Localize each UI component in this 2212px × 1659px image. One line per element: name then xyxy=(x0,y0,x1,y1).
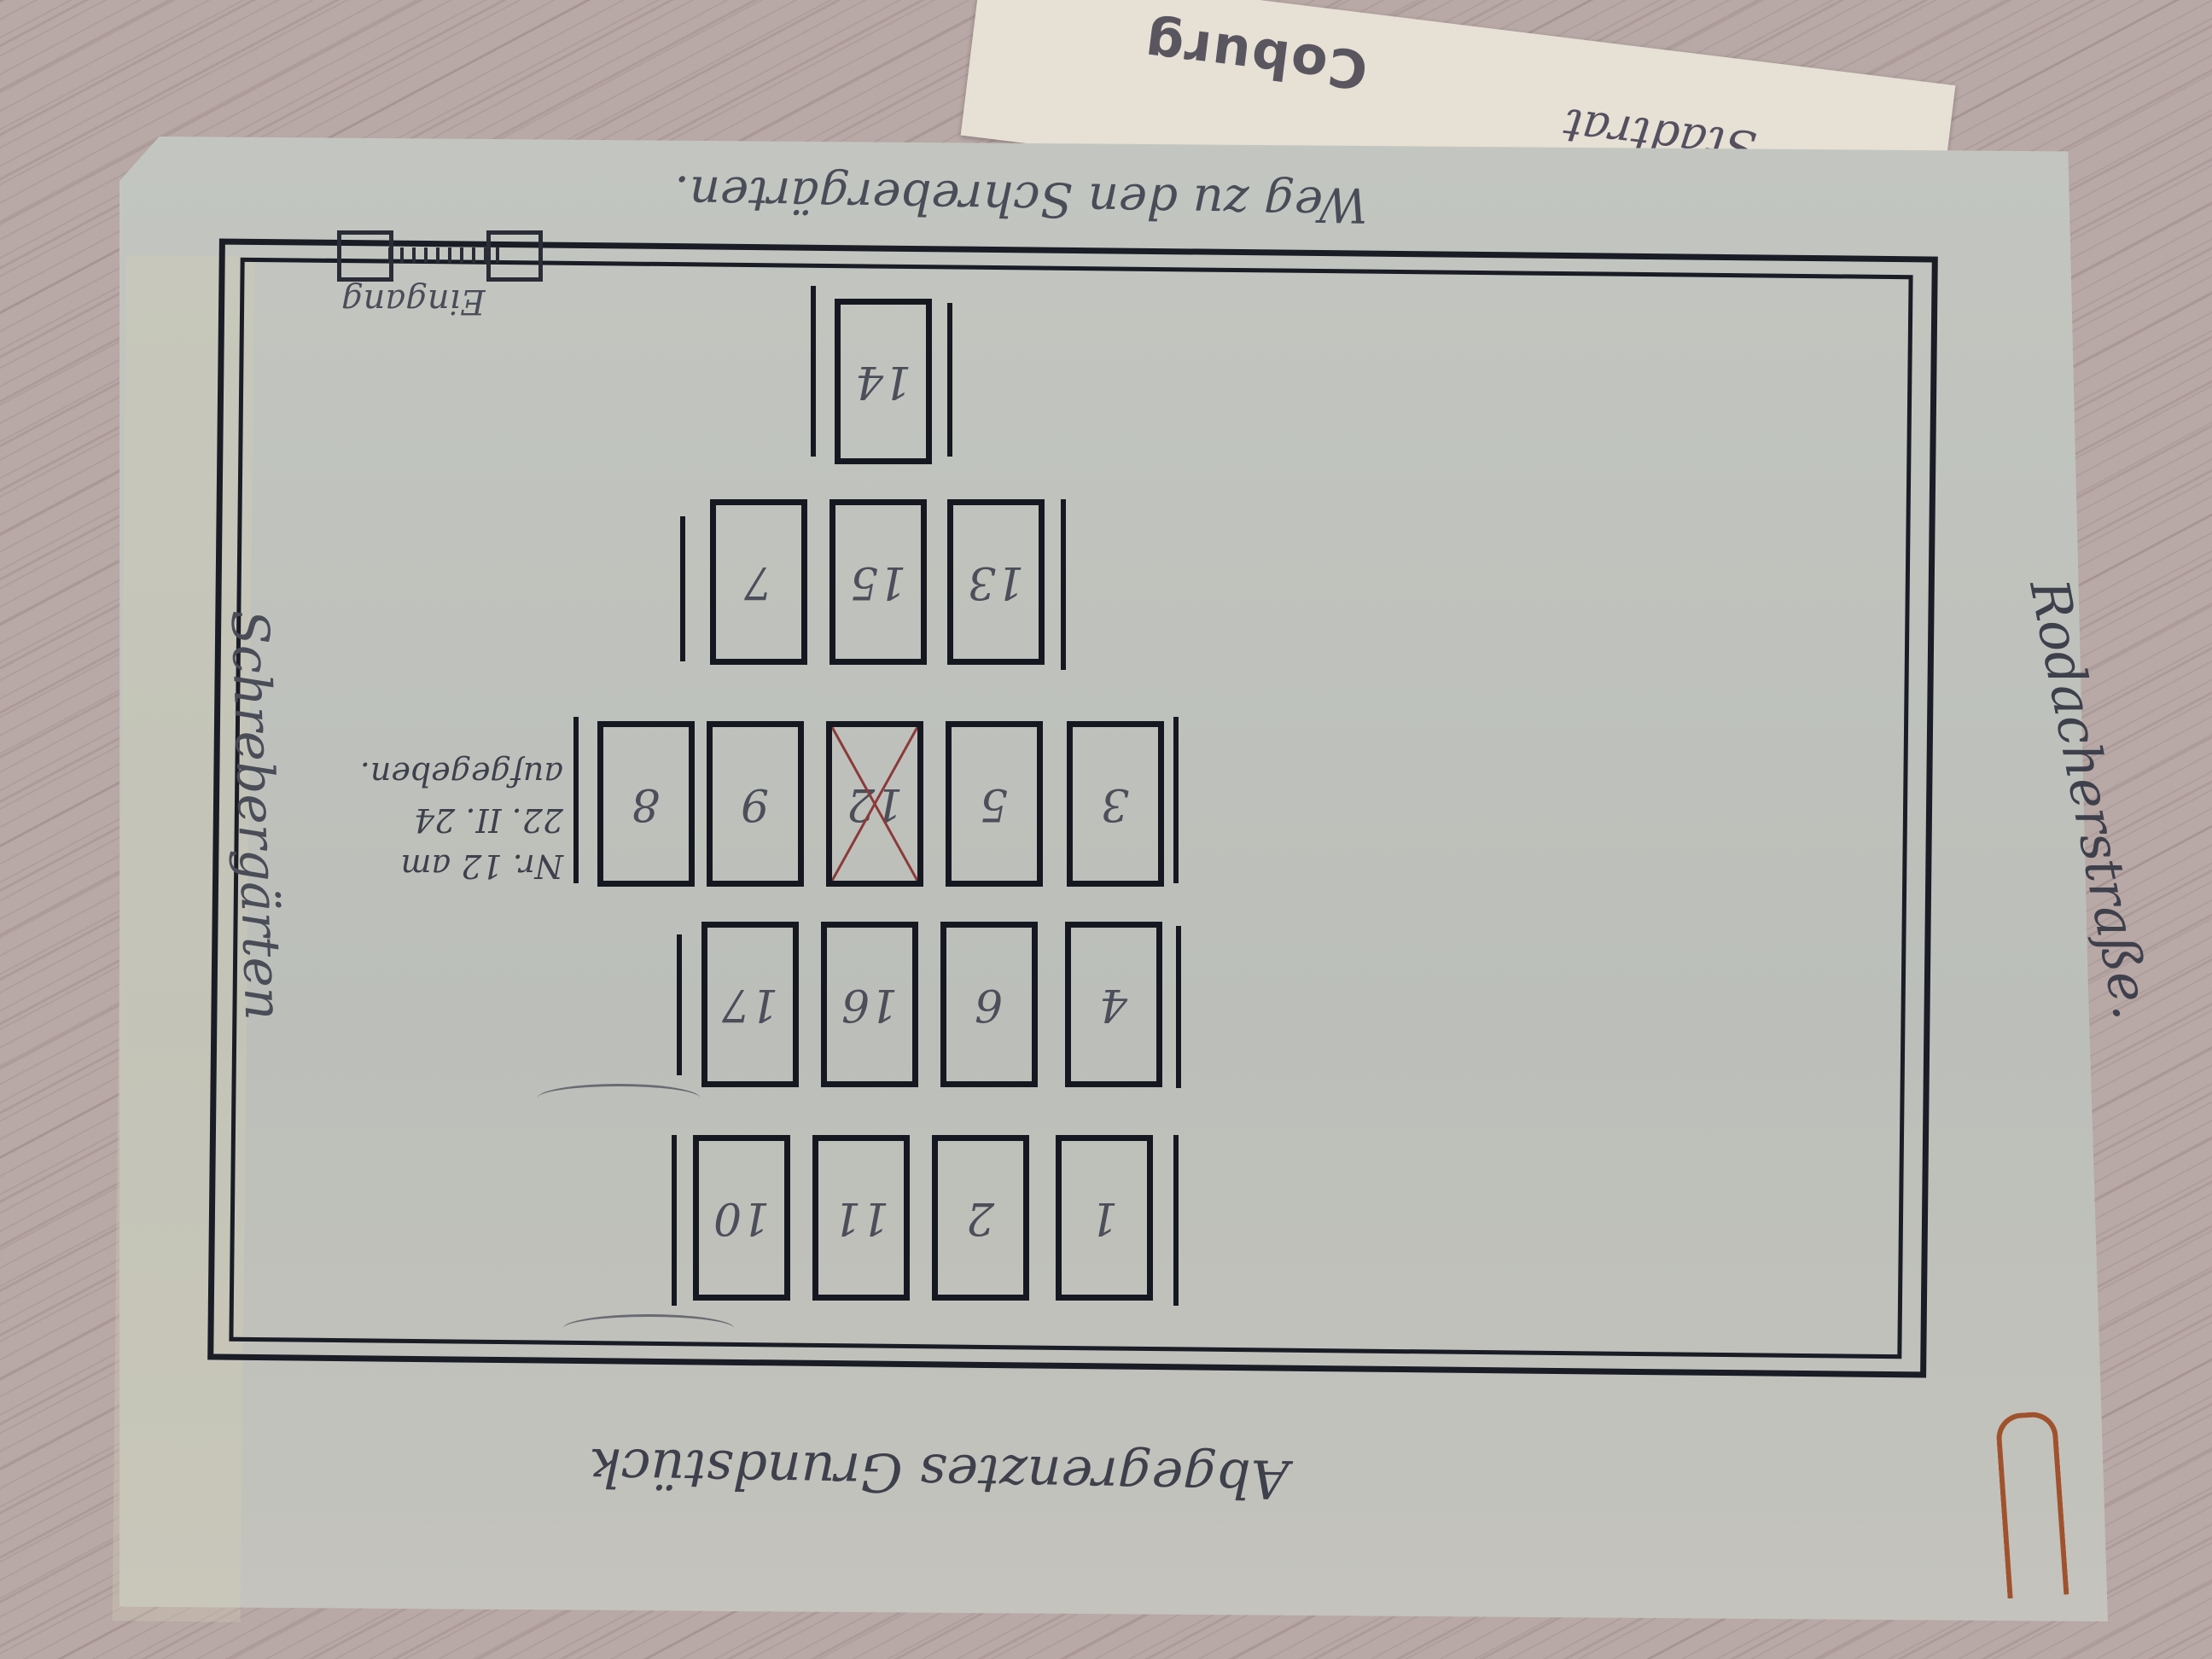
plot: 15 xyxy=(829,499,927,665)
plot: 4 xyxy=(1065,922,1162,1087)
divider xyxy=(677,934,682,1075)
gate-right-icon xyxy=(486,230,543,282)
plot: 14 xyxy=(835,299,932,464)
note-line: Nr. 12 am xyxy=(307,843,563,889)
divider xyxy=(672,1135,677,1306)
plot: 3 xyxy=(1067,721,1164,887)
divider xyxy=(811,286,816,457)
pencil-arrow-icon xyxy=(563,1314,734,1342)
label-entrance: Eingang xyxy=(341,282,486,321)
rust-paperclip-mark-icon xyxy=(1995,1411,2069,1598)
plot: 16 xyxy=(821,922,918,1087)
plot: 7 xyxy=(710,499,807,665)
divider xyxy=(680,516,685,661)
gate-bars-icon xyxy=(388,247,499,263)
label-bounded-property: Abgegrenztes Grundstück xyxy=(588,1436,1289,1511)
divider xyxy=(573,717,579,883)
plot: 1 xyxy=(1056,1135,1153,1301)
pencil-arrow-icon xyxy=(538,1084,700,1112)
gate-left-icon xyxy=(337,230,393,282)
plot-crossed-out: 12 xyxy=(826,721,923,887)
divider xyxy=(947,303,952,457)
divider xyxy=(1061,499,1066,670)
plot: 17 xyxy=(701,922,799,1087)
plot: 5 xyxy=(946,721,1043,887)
stamp: Coburg xyxy=(1140,12,1371,102)
plot: 6 xyxy=(940,922,1038,1087)
plot: 11 xyxy=(812,1135,910,1301)
plot: 8 xyxy=(597,721,695,887)
plot: 10 xyxy=(693,1135,790,1301)
plot: 9 xyxy=(707,721,804,887)
annotation-note: Nr. 12 am 22. II. 24 aufgegeben. xyxy=(307,751,563,889)
note-line: aufgegeben. xyxy=(307,751,563,797)
note-line: 22. II. 24 xyxy=(307,797,563,843)
divider xyxy=(1173,1135,1179,1306)
divider xyxy=(1173,717,1179,883)
plot: 2 xyxy=(932,1135,1029,1301)
plot: 13 xyxy=(947,499,1045,665)
divider xyxy=(1176,926,1181,1088)
